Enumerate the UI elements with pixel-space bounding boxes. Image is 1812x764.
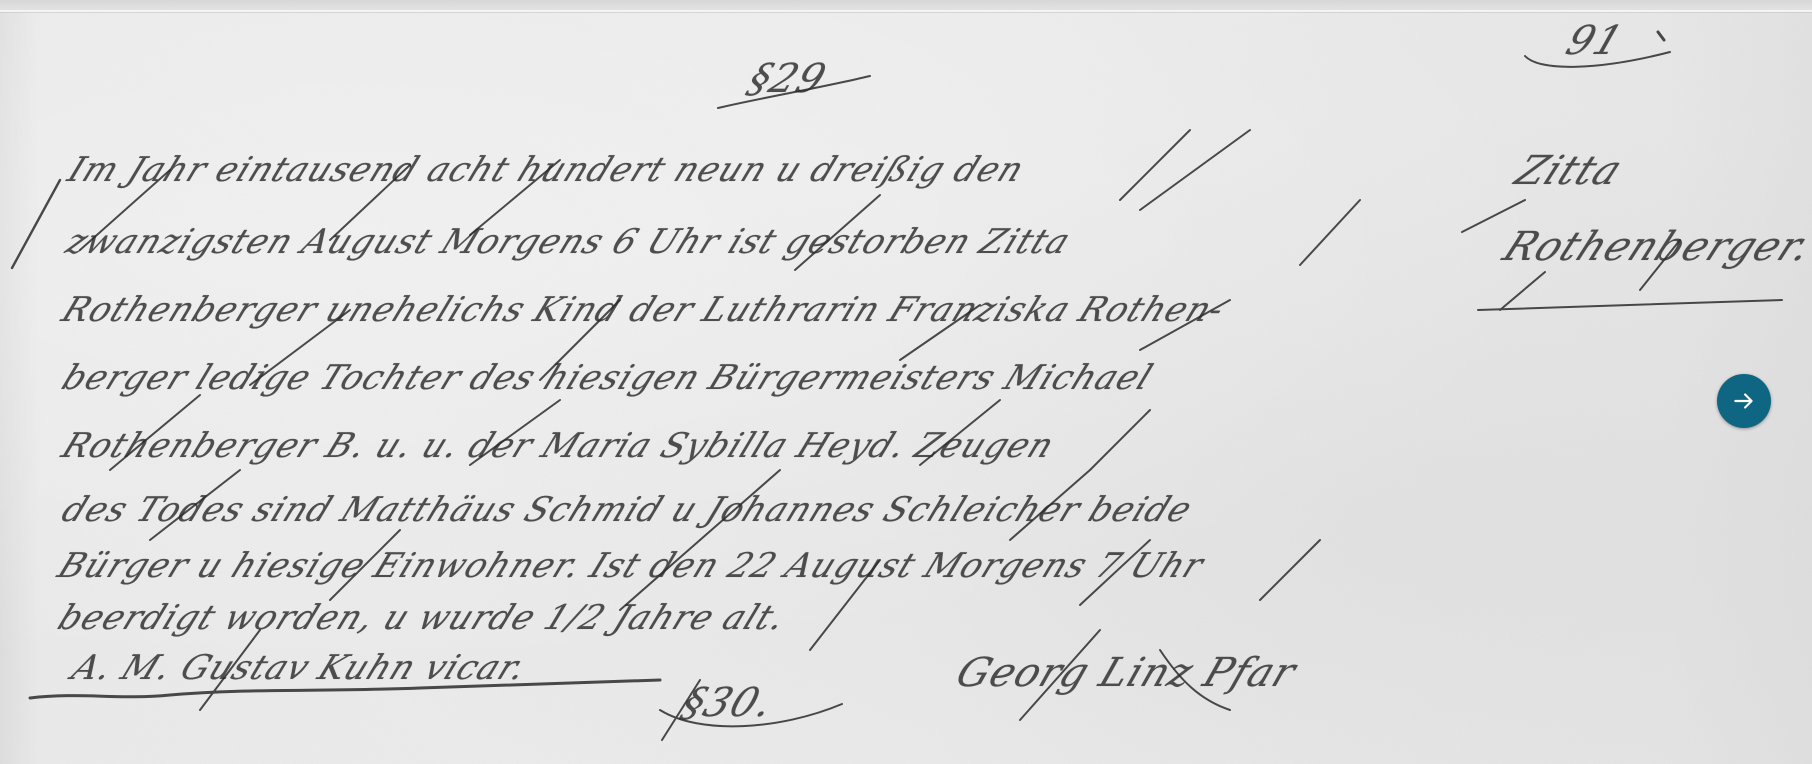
document-viewer: 91 §29 Zitta Rothenberger. Im Jahr einta… — [0, 0, 1812, 764]
section-heading-next: §30. — [676, 680, 780, 726]
entry-line-5: Rothenberger B. u. u. der Maria Sybilla … — [56, 426, 1061, 466]
entry-line-3: Rothenberger unehelichs Kind der Luthrar… — [56, 290, 1231, 330]
entry-line-4: berger ledige Tochter des hiesigen Bürge… — [56, 358, 1159, 398]
next-image-button[interactable]: Next image — [1717, 374, 1771, 428]
signature-vicar: A. M. Gustav Kuhn vicar. — [66, 648, 533, 688]
arrow-right-icon — [1731, 388, 1757, 414]
entry-line-8: beerdigt worden, u wurde 1/2 Jahre alt. — [52, 598, 792, 638]
entry-line-1: Im Jahr eintausend acht hundert neun u d… — [62, 150, 1031, 190]
entry-line-6: des Todes sind Matthäus Schmid u Johanne… — [56, 490, 1198, 530]
signature-pastor: Georg Linz Pfar — [950, 650, 1302, 696]
margin-name-surname: Rothenberger. — [1496, 224, 1812, 270]
margin-name-first: Zitta — [1508, 148, 1630, 194]
entry-line-7: Bürger u hiesige Einwohner. Ist den 22 A… — [52, 546, 1210, 586]
entry-line-2: zwanzigsten August Morgens 6 Uhr ist ges… — [60, 222, 1077, 262]
